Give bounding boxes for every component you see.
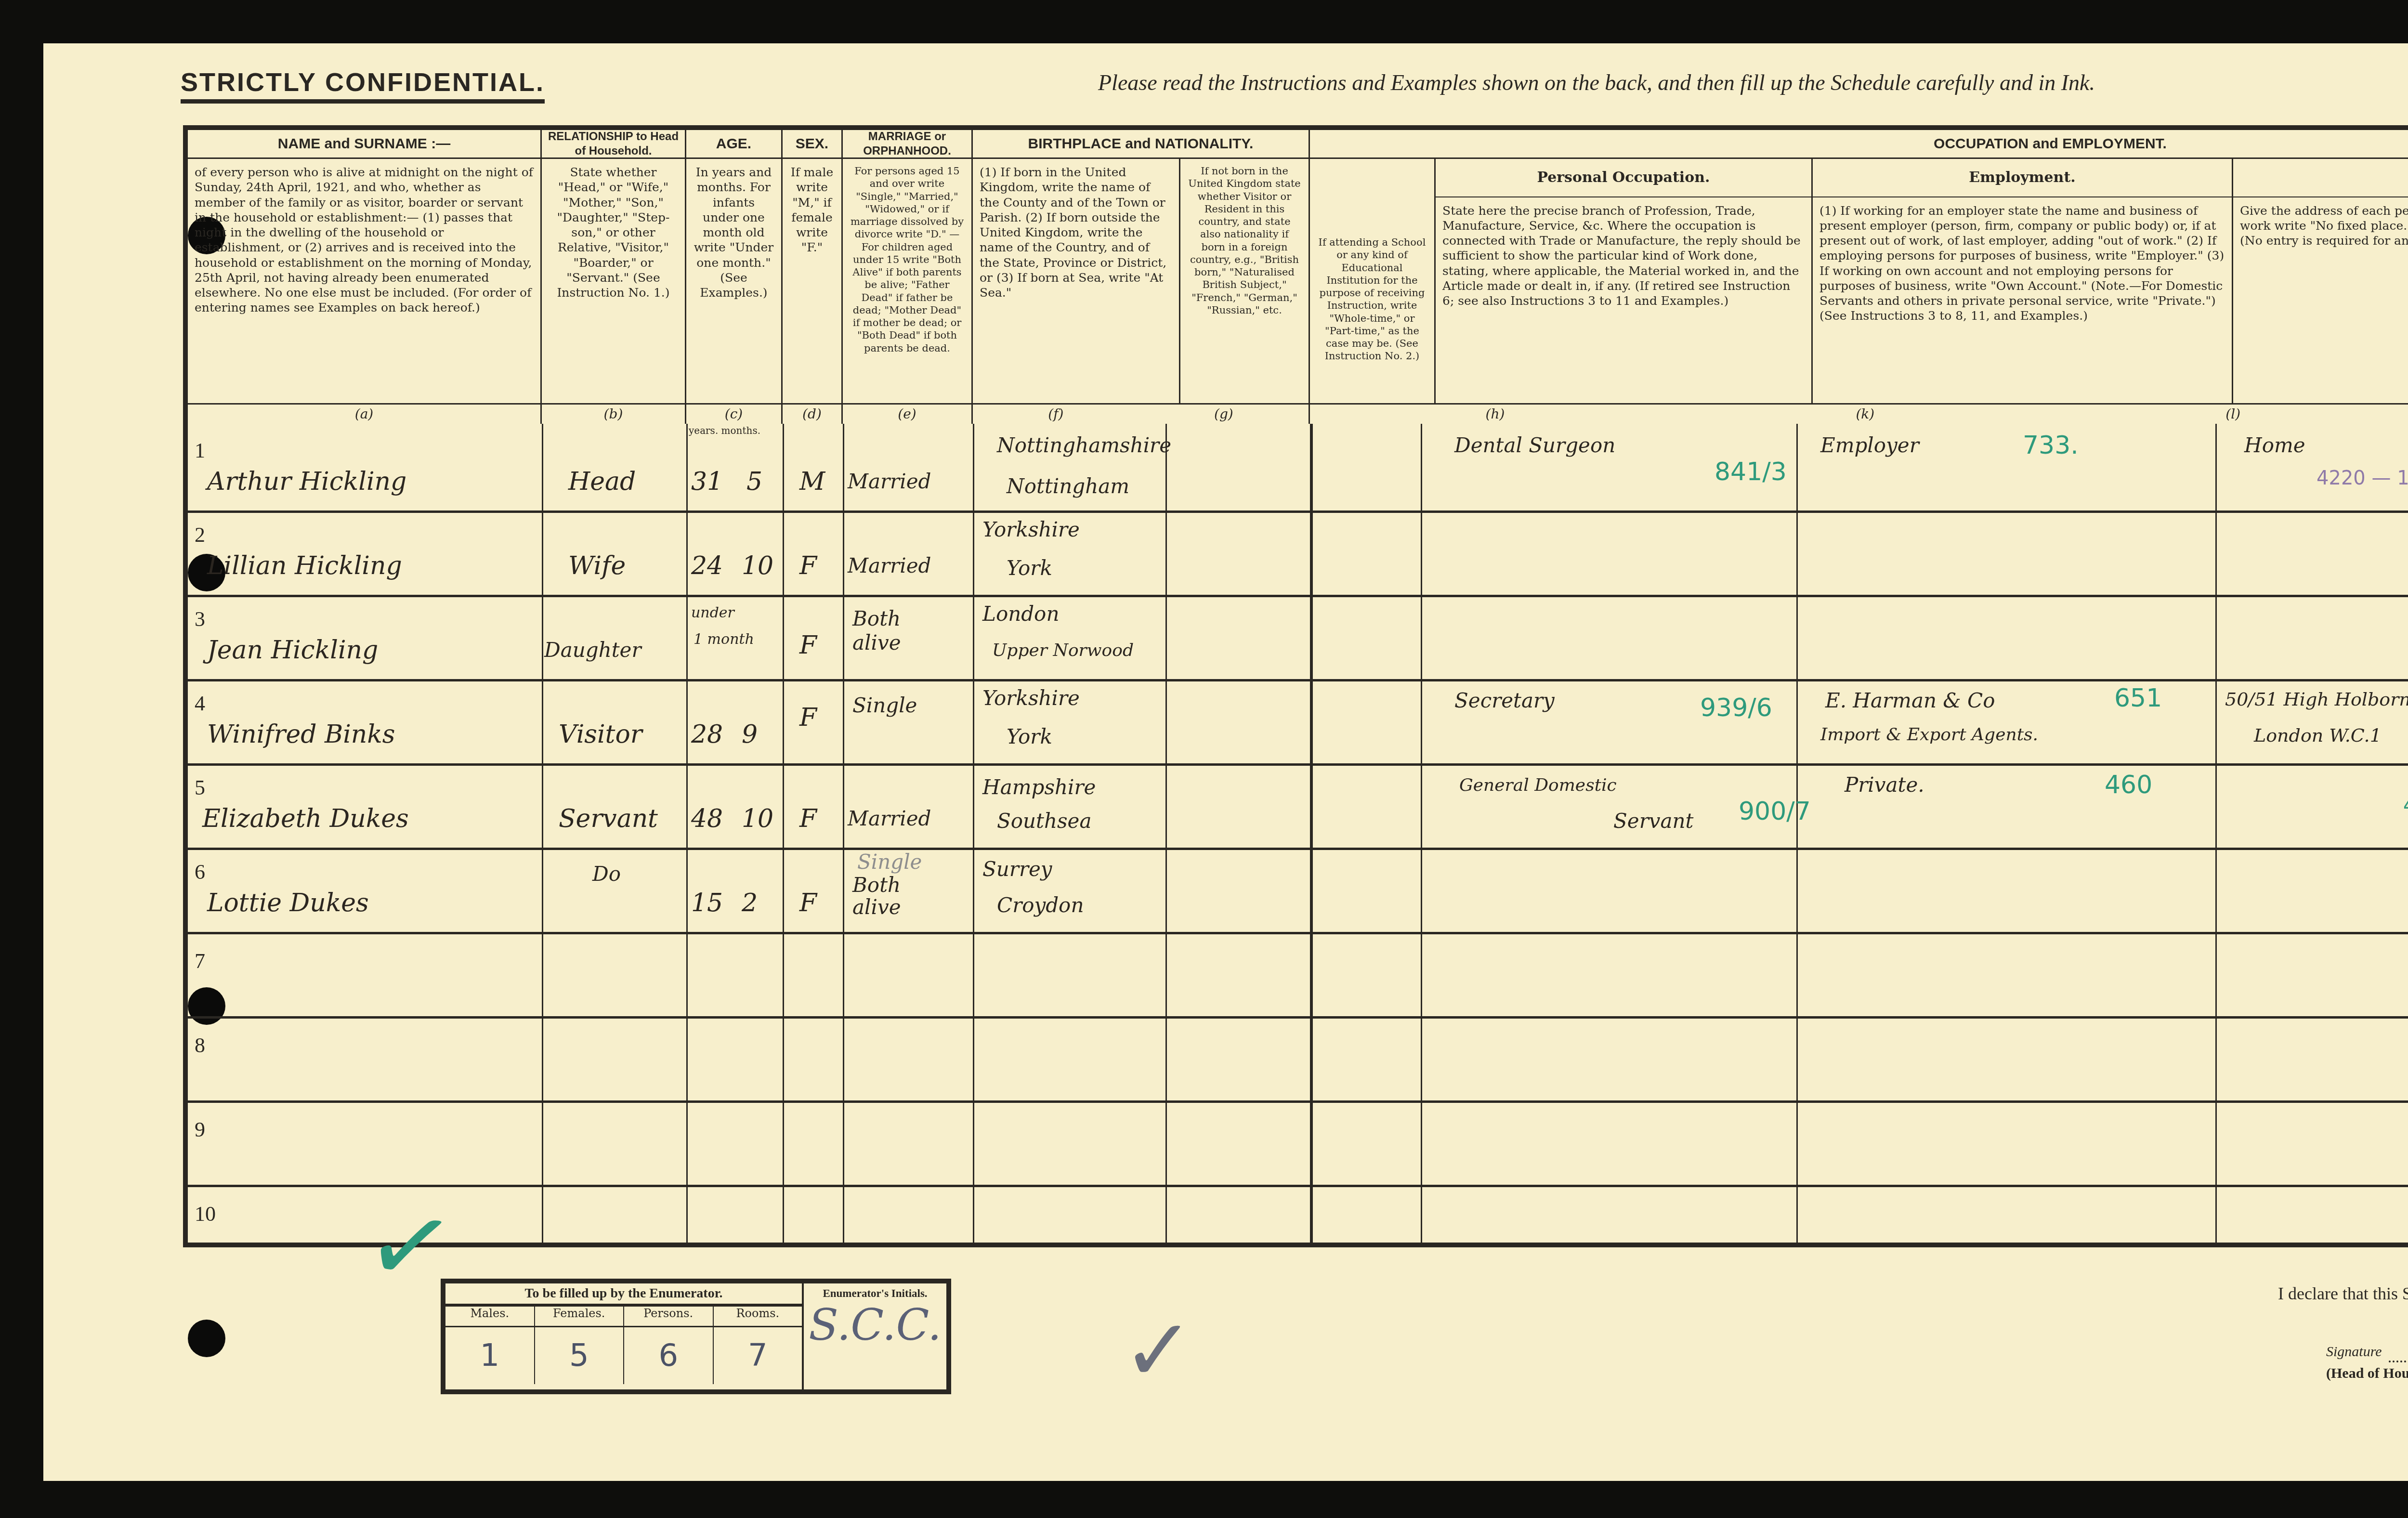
persons-label: Persons. <box>623 1307 713 1326</box>
place-of-work-detail[interactable]: London W.C.1 <box>2254 725 2382 746</box>
age-years[interactable]: 24 <box>691 551 723 580</box>
header-title: RELATIONSHIP to Head of Household. <box>542 130 685 159</box>
declaration-text: I declare that this Schedule is correctl… <box>2278 1283 2408 1304</box>
birth-county[interactable]: Yorkshire <box>982 518 1080 541</box>
birth-town[interactable]: Croydon <box>997 893 1084 917</box>
age-months[interactable]: 10 <box>742 551 773 580</box>
enumerator-summary-box: To be filled up by the Enumerator. Males… <box>441 1279 951 1394</box>
grid-line <box>843 424 844 1243</box>
relationship[interactable]: Servant <box>559 804 658 833</box>
grid-line <box>686 424 688 1243</box>
place-code: 4220 — 12 <box>2316 467 2408 489</box>
birth-county[interactable]: London <box>982 602 1059 626</box>
instruction-line: Please read the Instructions and Example… <box>1098 70 2095 95</box>
column-letter: (g) <box>1214 405 1233 424</box>
column-letter: (e) <box>843 403 971 424</box>
females-count[interactable]: 5 <box>534 1327 624 1384</box>
header-body: If male write "M," if female write "F." <box>783 159 841 261</box>
header-occupation: OCCUPATION and EMPLOYMENT. If attending … <box>1310 130 2408 424</box>
grid-line <box>1310 424 1313 1243</box>
age-years[interactable]: 28 <box>691 720 723 749</box>
row-number: 4 <box>195 691 205 716</box>
column-letter: (d) <box>783 403 841 424</box>
males-count[interactable]: 1 <box>445 1327 534 1384</box>
birth-town[interactable]: York <box>1007 556 1052 580</box>
relationship[interactable]: Daughter <box>544 638 641 662</box>
initials-label: Enumerator's Initials. <box>804 1283 946 1300</box>
header-title: BIRTHPLACE and NATIONALITY. <box>973 130 1309 159</box>
check-mark: ✓ <box>1122 1300 1195 1401</box>
persons-count[interactable]: 6 <box>623 1327 713 1384</box>
age-months[interactable]: 5 <box>746 467 762 496</box>
employment-code: 460 <box>2105 771 2152 799</box>
sex[interactable]: F <box>799 889 817 917</box>
age-months[interactable]: 2 <box>742 889 758 917</box>
grid-line <box>973 424 974 1243</box>
header-body: of every person who is alive at midnight… <box>188 159 540 321</box>
header-title: SEX. <box>783 130 841 159</box>
employment[interactable]: E. Harman & Co <box>1825 689 1995 712</box>
employment[interactable]: Private. <box>1845 773 1924 797</box>
marriage-status[interactable]: Married <box>848 470 931 493</box>
age-months[interactable]: 1 month <box>694 631 754 648</box>
grid-line <box>783 424 784 1243</box>
header-body: Give the address of each person's place … <box>2233 197 2408 254</box>
header-marriage: MARRIAGE or ORPHANHOOD. For persons aged… <box>843 130 973 424</box>
header-title: MARRIAGE or ORPHANHOOD. <box>843 130 971 159</box>
header-relationship: RELATIONSHIP to Head of Household. State… <box>542 130 686 424</box>
row-number: 2 <box>195 523 205 547</box>
birth-county[interactable]: Surrey <box>982 857 1052 881</box>
header-body-birthplace: (1) If born in the United Kingdom, write… <box>973 159 1180 405</box>
column-letter: (f) <box>1048 405 1063 424</box>
birth-town[interactable]: Southsea <box>997 809 1092 833</box>
employment-code: 733. <box>2023 431 2079 460</box>
sex[interactable]: F <box>799 631 817 660</box>
subheader-place-of-work: Place of Work. <box>2233 159 2408 197</box>
age-years[interactable]: 31 <box>691 467 723 496</box>
person-name[interactable]: Jean Hickling <box>207 636 378 665</box>
birth-town[interactable]: York <box>1007 725 1052 748</box>
header-title: AGE. <box>686 130 781 159</box>
marriage-status[interactable]: Both alive <box>852 607 949 655</box>
age-months[interactable]: 9 <box>742 720 758 749</box>
occupation-detail[interactable]: Servant <box>1613 809 1693 833</box>
header-sex: SEX. If male write "M," if female write … <box>783 130 843 424</box>
employment-detail[interactable]: Import & Export Agents. <box>1820 725 2038 745</box>
header-age: AGE. In years and months. For infants un… <box>686 130 783 424</box>
birth-town[interactable]: Upper Norwood <box>992 641 1134 660</box>
enumerator-box-title: To be filled up by the Enumerator. <box>445 1283 802 1307</box>
row-number: 9 <box>195 1117 205 1142</box>
person-name[interactable]: Arthur Hickling <box>207 467 406 496</box>
rooms-label: Rooms. <box>713 1307 802 1326</box>
header-body: In years and months. For infants under o… <box>686 159 781 306</box>
rooms-count[interactable]: 7 <box>713 1327 802 1384</box>
employment-code: 651 <box>2114 684 2162 713</box>
birth-town[interactable]: Nottingham <box>1007 474 1129 498</box>
person-name[interactable]: Winifred Binks <box>207 720 395 749</box>
row-number: 3 <box>195 607 205 631</box>
relationship[interactable]: Do <box>592 862 621 886</box>
person-name[interactable]: Lottie Dukes <box>207 889 369 917</box>
header-body-nationality: If not born in the United Kingdom state … <box>1180 159 1309 405</box>
age-months[interactable]: 10 <box>742 804 773 833</box>
column-letter: (l) <box>2225 405 2240 424</box>
person-name[interactable]: Lillian Hickling <box>207 551 402 580</box>
females-label: Females. <box>534 1307 624 1326</box>
occupation[interactable]: Secretary <box>1454 689 1555 712</box>
punch-hole <box>188 1320 225 1357</box>
row-number: 5 <box>195 775 205 800</box>
birth-county[interactable]: Nottinghamshire <box>997 433 1171 457</box>
sex[interactable]: M <box>799 467 825 496</box>
sex[interactable]: F <box>799 804 817 833</box>
males-label: Males. <box>445 1307 534 1326</box>
header-body-school: If attending a School or any kind of Edu… <box>1310 159 1436 405</box>
household-table: NAME and SURNAME :— of every person who … <box>183 125 2408 1247</box>
header-title: OCCUPATION and EMPLOYMENT. <box>1310 130 2408 159</box>
column-letter: (h) <box>1486 405 1505 424</box>
employment[interactable]: Employer <box>1820 433 1919 457</box>
subheader-employment: Employment. <box>1813 159 2232 197</box>
occupation[interactable]: Dental Surgeon <box>1454 433 1615 457</box>
relationship[interactable]: Wife <box>568 551 626 580</box>
column-letter: (c) <box>686 403 781 424</box>
person-name[interactable]: Elizabeth Dukes <box>202 804 409 833</box>
grid-line <box>1165 424 1167 1243</box>
row-number: 8 <box>195 1033 205 1058</box>
place-of-work[interactable]: 50/51 High Holborn <box>2225 689 2408 710</box>
marriage-status[interactable]: Single <box>852 694 917 717</box>
signature-label: Signature <box>2326 1344 2382 1360</box>
relationship[interactable]: Head <box>568 467 636 496</box>
marriage-correction: Single <box>857 850 922 874</box>
place-of-work[interactable]: Home <box>2244 433 2305 457</box>
row-number: 1 <box>195 438 205 463</box>
confidential-label: STRICTLY CONFIDENTIAL. <box>181 67 545 104</box>
header-name: NAME and SURNAME :— of every person who … <box>188 130 542 424</box>
sex[interactable]: F <box>799 703 817 732</box>
marriage-status[interactable]: Both alive <box>852 874 949 918</box>
age-years[interactable]: 15 <box>691 889 723 917</box>
relationship[interactable]: Visitor <box>559 720 642 749</box>
marriage-status[interactable]: Married <box>848 807 931 830</box>
occupation-code: 939/6 <box>1700 694 1772 722</box>
grid-line <box>2215 424 2217 1243</box>
age-subheader: years. months. <box>689 425 760 436</box>
occupation-code: 900/7 <box>1739 797 1811 826</box>
birth-county[interactable]: Hampshire <box>982 775 1096 799</box>
row-number: 6 <box>195 860 205 884</box>
enumerator-initials[interactable]: S.C.C. <box>804 1300 946 1350</box>
age-years[interactable]: 48 <box>691 804 723 833</box>
header-body: State here the precise branch of Profess… <box>1436 197 1811 314</box>
header-body: State whether "Head," or "Wife," "Mother… <box>542 159 685 306</box>
column-letter: (a) <box>188 403 540 424</box>
grid-line <box>1796 424 1798 1243</box>
header-birthplace: BIRTHPLACE and NATIONALITY. (1) If born … <box>973 130 1310 424</box>
marriage-status[interactable]: Married <box>848 554 931 577</box>
age-years[interactable]: under <box>691 604 734 621</box>
subheader-personal-occupation: Personal Occupation. <box>1436 159 1811 197</box>
occupation-code: 841/3 <box>1714 458 1787 486</box>
place-code: 4220 <box>2403 795 2408 817</box>
sex[interactable]: F <box>799 551 817 580</box>
birth-county[interactable]: Yorkshire <box>982 686 1080 710</box>
column-letter: (b) <box>542 403 685 424</box>
header-title: NAME and SURNAME :— <box>188 130 540 159</box>
column-letter: (k) <box>1856 405 1874 424</box>
row-number: 7 <box>195 949 205 973</box>
grid-line <box>1421 424 1422 1243</box>
signature-note: (Head of Household, Manager of Establish… <box>2326 1365 2408 1382</box>
row-number: 10 <box>195 1202 216 1226</box>
header-body: For persons aged 15 and over write "Sing… <box>843 159 971 360</box>
header-body: (1) If working for an employer state the… <box>1813 197 2232 329</box>
occupation[interactable]: General Domestic <box>1459 775 1617 795</box>
signature-line <box>2389 1361 2408 1362</box>
grid-line <box>542 424 543 1243</box>
